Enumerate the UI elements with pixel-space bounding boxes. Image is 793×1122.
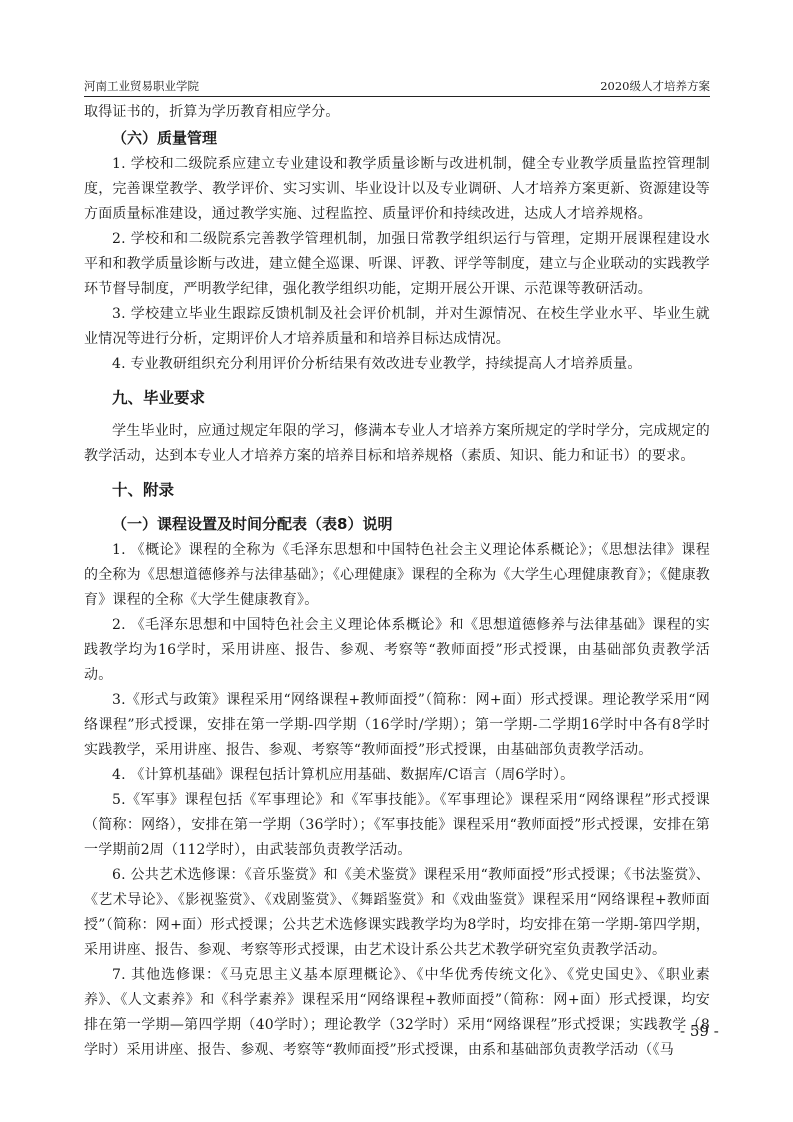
course-note-7: 7. 其他选修课：《马克思主义基本原理概论》、《中华优秀传统文化》、《党史国史》… (84, 963, 710, 1063)
chapter-appendix-title: 十、附录 (84, 475, 710, 505)
course-note-4: 4. 《计算机基础》课程包括计算机应用基础、数据库/C语言（周6学时）。 (84, 763, 710, 788)
course-note-6: 6. 公共艺术选修课：《音乐鉴赏》和《美术鉴赏》课程采用“教师面授”形式授课；《… (84, 863, 710, 963)
document-page: 河南工业贸易职业学院 2020级人才培养方案 取得证书的，折算为学历教育相应学分… (0, 0, 793, 1122)
graduation-requirements-text: 学生毕业时，应通过规定年限的学习，修满本专业人才培养方案所规定的学时学分，完成规… (84, 419, 710, 469)
header-doc-title: 2020级人才培养方案 (600, 78, 710, 94)
course-note-1: 1. 《概论》课程的全称为《毛泽东思想和中国特色社会主义理论体系概论》；《思想法… (84, 538, 710, 613)
page-number: - 59 - (680, 1022, 719, 1040)
course-note-2: 2. 《毛泽东思想和中国特色社会主义理论体系概论》和《思想道德修养与法律基础》课… (84, 613, 710, 688)
course-note-3: 3.《形式与政策》课程采用“网络课程+教师面授”（简称：网+面）形式授课。理论教… (84, 688, 710, 763)
carryover-paragraph: 取得证书的，折算为学历教育相应学分。 (84, 100, 710, 125)
course-note-5: 5.《军事》课程包括《军事理论》和《军事技能》。《军事理论》课程采用“网络课程”… (84, 788, 710, 863)
chapter-graduation-requirements-title: 九、毕业要求 (84, 383, 710, 413)
section-course-schedule-title: （一）课程设置及时间分配表（表8）说明 (84, 511, 710, 538)
section-quality-management-title: （六）质量管理 (84, 125, 710, 152)
quality-item-3: 3. 学校建立毕业生跟踪反馈机制及社会评价机制，并对生源情况、在校生学业水平、毕… (84, 302, 710, 352)
page-header: 河南工业贸易职业学院 2020级人才培养方案 (84, 76, 710, 97)
quality-item-2: 2. 学校和和二级院系完善教学管理机制，加强日常教学组织运行与管理，定期开展课程… (84, 227, 710, 302)
quality-item-1: 1. 学校和二级院系应建立专业建设和教学质量诊断与改进机制，健全专业教学质量监控… (84, 152, 710, 227)
quality-item-4: 4. 专业教研组织充分利用评价分析结果有效改进专业教学，持续提高人才培养质量。 (84, 352, 710, 377)
header-institution: 河南工业贸易职业学院 (84, 78, 199, 94)
page-content: 取得证书的，折算为学历教育相应学分。 （六）质量管理 1. 学校和二级院系应建立… (84, 100, 710, 1063)
